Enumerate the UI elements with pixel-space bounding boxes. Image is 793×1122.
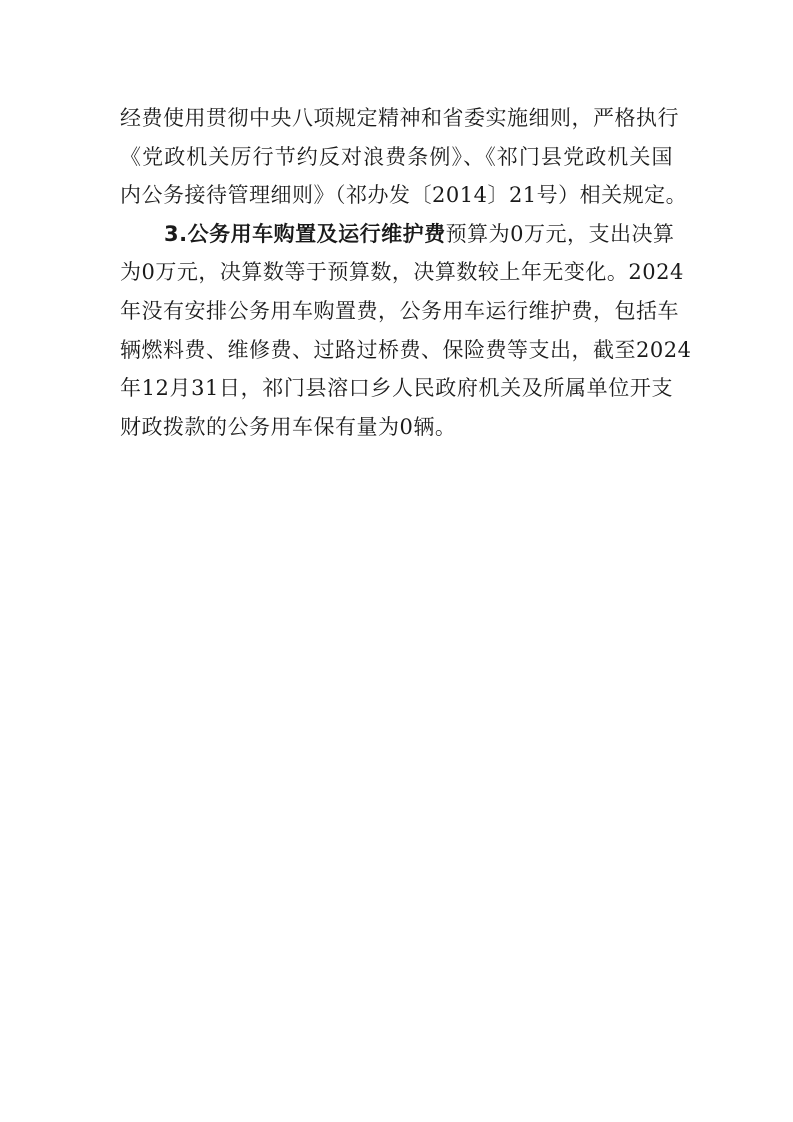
paragraph-vehicle-expenses: 3.公务用车购置及运行维护费预算为0万元，支出决算 为0万元，决算数等于预算数，… bbox=[120, 215, 673, 447]
text-line: 内公务接待管理细则》（祁办发〔2014〕21号）相关规定。 bbox=[120, 176, 673, 215]
text-line: 财政拨款的公务用车保有量为0辆。 bbox=[120, 408, 673, 447]
text-line: 《党政机关厉行节约反对浪费条例》、《祁门县党政机关国 bbox=[120, 138, 673, 177]
text-line: 3.公务用车购置及运行维护费预算为0万元，支出决算 bbox=[120, 215, 673, 254]
text-line: 经费使用贯彻中央八项规定精神和省委实施细则，严格执行 bbox=[120, 99, 673, 138]
text-line: 年没有安排公务用车购置费，公务用车运行维护费，包括车 bbox=[120, 292, 673, 331]
paragraph-reception-rules: 经费使用贯彻中央八项规定精神和省委实施细则，严格执行 《党政机关厉行节约反对浪费… bbox=[120, 99, 673, 215]
document-page: 经费使用贯彻中央八项规定精神和省委实施细则，严格执行 《党政机关厉行节约反对浪费… bbox=[120, 99, 673, 446]
section-heading: 3.公务用车购置及运行维护费 bbox=[164, 222, 446, 246]
text-line: 为0万元，决算数等于预算数，决算数较上年无变化。2024 bbox=[120, 253, 673, 292]
text-run: 预算为0万元，支出决算 bbox=[446, 222, 675, 246]
text-line: 年12月31日，祁门县溶口乡人民政府机关及所属单位开支 bbox=[120, 369, 673, 408]
text-line: 辆燃料费、维修费、过路过桥费、保险费等支出，截至2024 bbox=[120, 331, 673, 370]
